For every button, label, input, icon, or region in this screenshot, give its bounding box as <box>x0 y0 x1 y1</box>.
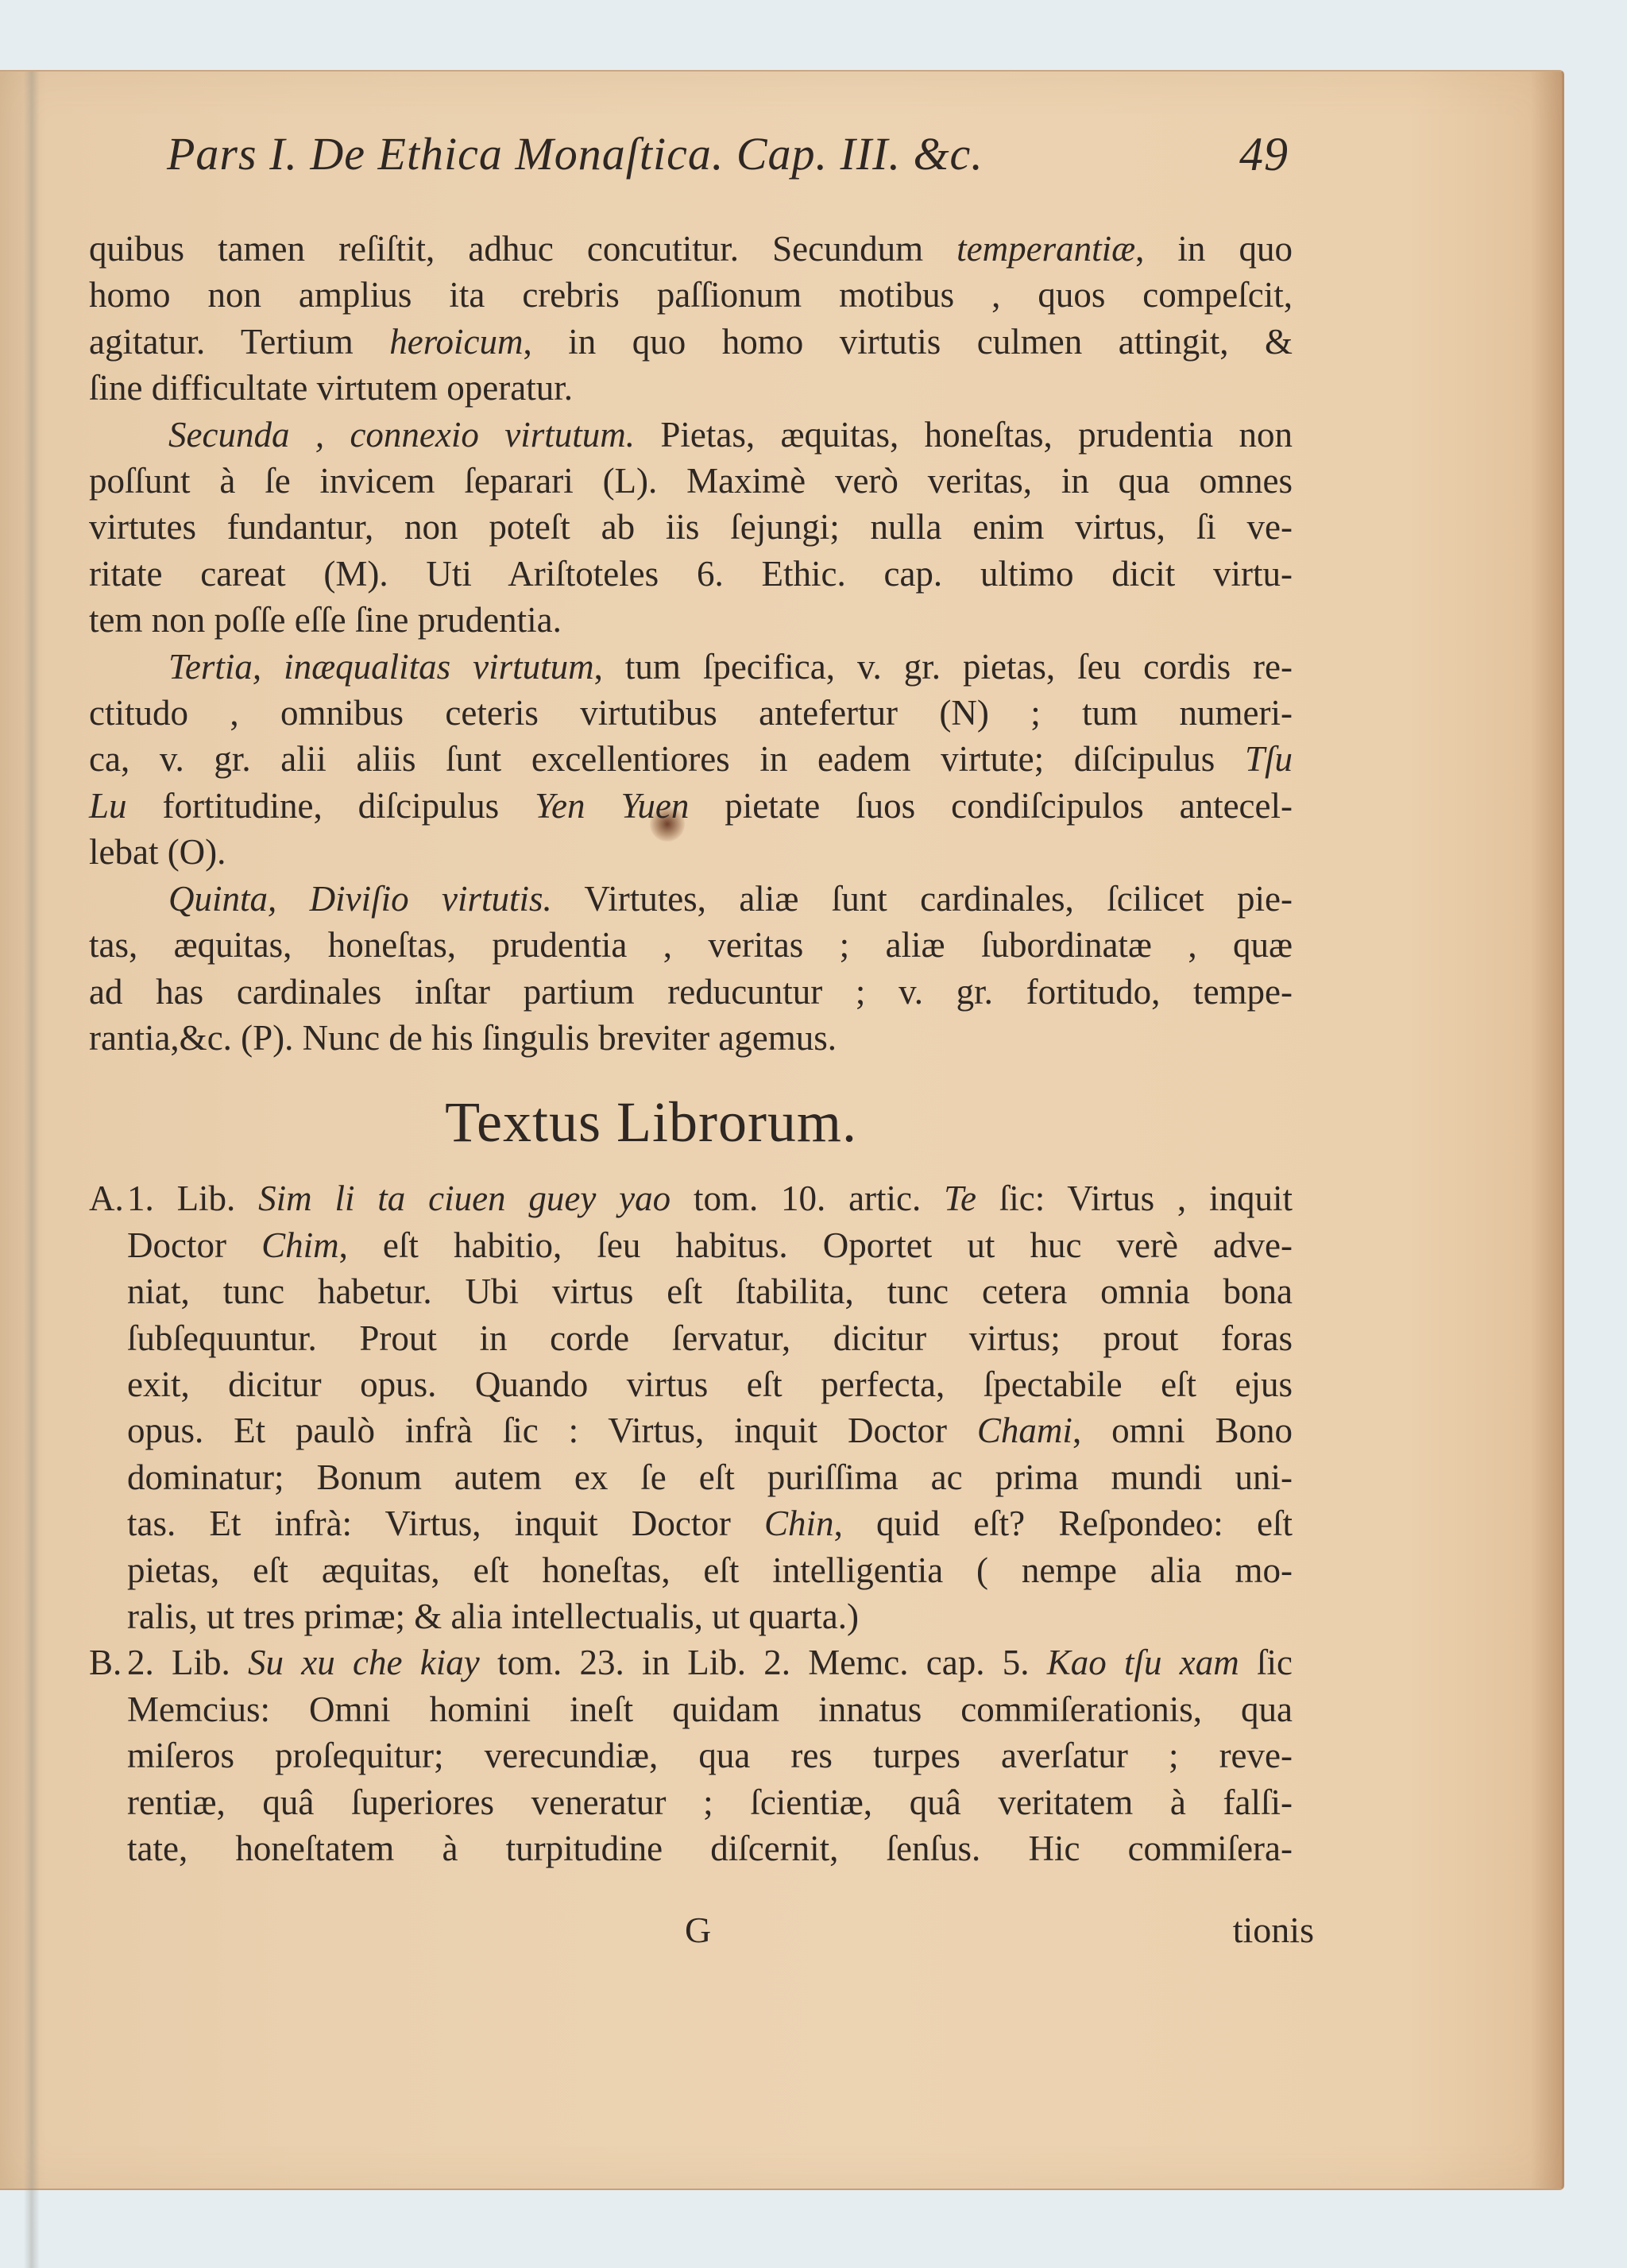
text-line: Doctor Chim, eſt habitio, ſeu habitus. O… <box>127 1222 1293 1268</box>
note-a: A.1. Lib. Sim li ta ciuen guey yao tom. … <box>89 1175 1293 1639</box>
text-line: ca, v. gr. alii aliis ſunt excellentiore… <box>89 736 1293 782</box>
text-line: pietas, eſt æquitas, eſt honeſtas, eſt i… <box>127 1547 1293 1593</box>
text-line: rantia,&c. (P). Nunc de his ſingulis bre… <box>89 1015 1293 1061</box>
running-head: Pars I. De Ethica Monaſtica. Cap. III. &… <box>167 127 1279 180</box>
text-line: tem non poſſe eſſe ſine prudentia. <box>89 597 1293 643</box>
text-line: poſſunt à ſe invicem ſeparari (L). Maxim… <box>89 458 1293 504</box>
text-line: Tertia, inæqualitas virtutum, tum ſpecif… <box>89 644 1293 690</box>
text-line: tate, honeſtatem à turpitudine diſcernit… <box>127 1825 1293 1871</box>
text-line: Lu fortitudine, diſcipulus Yen Yuen piet… <box>89 783 1293 829</box>
text-line: ſine difficultate virtutem operatur. <box>89 365 1293 411</box>
text-line: ralis, ut tres primæ; & alia intellectua… <box>127 1593 1293 1639</box>
text-line: homo non amplius ita crebris paſſionum m… <box>89 272 1293 318</box>
catchword: tionis <box>1233 1909 1314 1951</box>
text-line: exit, dicitur opus. Quando virtus eſt pe… <box>127 1361 1293 1407</box>
text-line: quibus tamen reſiſtit, adhuc concutitur.… <box>89 226 1293 272</box>
main-text: quibus tamen reſiſtit, adhuc concutitur.… <box>89 226 1293 1871</box>
page-number: 49 <box>1239 127 1289 182</box>
text-line: agitatur. Tertium heroicum, in quo homo … <box>89 319 1293 365</box>
text-line: virtutes fundantur, non poteſt ab iis ſe… <box>89 504 1293 550</box>
text-line: ctitudo , omnibus ceteris virtutibus ant… <box>89 690 1293 736</box>
text-line: ad has cardinales inſtar partium reducun… <box>89 969 1293 1015</box>
section-heading: Textus Librorum. <box>89 1086 1293 1158</box>
text-line: tas. Et infrà: Virtus, inquit Doctor Chi… <box>127 1500 1293 1546</box>
text-line: Memcius: Omni homini ineſt quidam innatu… <box>127 1686 1293 1732</box>
running-head-title: Pars I. De Ethica Monaſtica. Cap. III. &… <box>167 127 984 180</box>
note-b: B.2. Lib. Su xu che kiay tom. 23. in Lib… <box>89 1639 1293 1871</box>
text-line: dominatur; Bonum autem ex ſe eſt puriſſi… <box>127 1454 1293 1500</box>
section-label: Tertia, inæqualitas virtutum <box>168 647 594 687</box>
text-line: tas, æquitas, honeſtas, prudentia , veri… <box>89 922 1293 968</box>
binding-gutter-shadow <box>24 72 40 2268</box>
text-line: niat, tunc habetur. Ubi virtus eſt ſtabi… <box>127 1268 1293 1314</box>
paragraph-quinta-divisio: Quinta, Diviſio virtutis. Virtutes, aliæ… <box>89 876 1293 1062</box>
section-label: Quinta, Diviſio virtutis. <box>168 879 552 919</box>
paragraph-tertia-inaequalitas: Tertia, inæqualitas virtutum, tum ſpecif… <box>89 644 1293 876</box>
text-line: opus. Et paulò infrà ſic : Virtus, inqui… <box>127 1407 1293 1453</box>
text-line: ritate careat (M). Uti Ariſtoteles 6. Et… <box>89 551 1293 597</box>
text-line: miſeros proſequitur; verecundiæ, qua res… <box>127 1732 1293 1778</box>
section-label: Secunda , connexio virtutum. <box>168 415 635 455</box>
text-line: lebat (O). <box>89 829 1293 875</box>
paragraph-secunda-connexio: Secunda , connexio virtutum. Pietas, æqu… <box>89 412 1293 644</box>
text-line: B.2. Lib. Su xu che kiay tom. 23. in Lib… <box>127 1639 1293 1686</box>
text-line: Secunda , connexio virtutum. Pietas, æqu… <box>89 412 1293 458</box>
text-line: Quinta, Diviſio virtutis. Virtutes, aliæ… <box>89 876 1293 922</box>
note-label: B. <box>89 1639 127 1686</box>
note-label: A. <box>89 1175 127 1221</box>
signature-mark: G <box>685 1909 711 1951</box>
text-line: rentiæ, quâ ſuperiores veneratur ; ſcien… <box>127 1779 1293 1825</box>
paragraph-tertium: quibus tamen reſiſtit, adhuc concutitur.… <box>89 226 1293 412</box>
text-line: A.1. Lib. Sim li ta ciuen guey yao tom. … <box>127 1175 1293 1221</box>
text-line: ſubſequuntur. Prout in corde ſervatur, d… <box>127 1315 1293 1361</box>
